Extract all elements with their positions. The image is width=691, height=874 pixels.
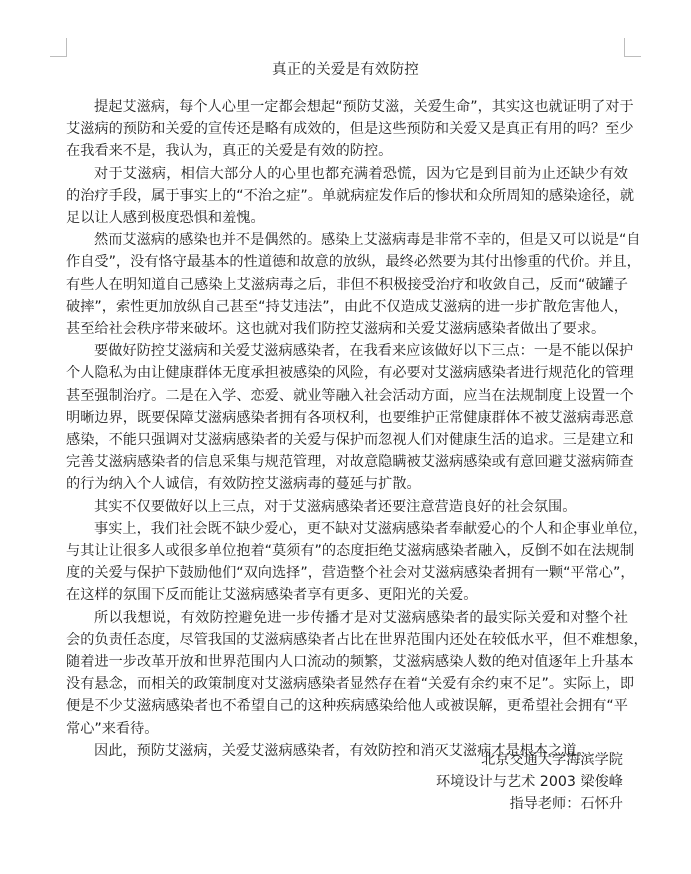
- text-line: 在我看来不是，我认为，真正的关爱是有效的防控。: [66, 140, 628, 162]
- text-line: 然而艾滋病的感染也并不是偶然的。感染上艾滋病毒是非常不幸的，但是又可以说是“自: [66, 229, 628, 251]
- paragraph: 其实不仅要做好以上三点，对于艾滋病感染者还要注意营造良好的社会氛围。: [66, 496, 628, 518]
- paragraph: 提起艾滋病，每个人心里一定都会想起“预防艾滋，关爱生命”，其实这也就证明了对于 …: [66, 96, 628, 163]
- text-line: 感染，不能只强调对艾滋病感染者的关爱与保护而忽视人们对健康生活的追求。三是建立和: [66, 429, 628, 451]
- text-line: 会的负责任态度，尽管我国的艾滋病感染者占比在世界范围内还处在较低水平，但不难想象…: [66, 629, 628, 651]
- document-body: 提起艾滋病，每个人心里一定都会想起“预防艾滋，关爱生命”，其实这也就证明了对于 …: [66, 96, 628, 762]
- page-corner-mark-top-left: [50, 38, 67, 57]
- text-line: 随着进一步改革开放和世界范围内人口流动的频繁，艾滋病感染人数的绝对值逐年上升基本: [66, 651, 628, 673]
- paragraph: 所以我想说，有效防控避免进一步传播才是对艾滋病感染者的最实际关爱和对整个社 会的…: [66, 607, 628, 740]
- document-title: 真正的关爱是有效防控: [0, 58, 691, 79]
- text-line: 明晰边界，既要保障艾滋病感染者拥有各项权利，也要维护正常健康群体不被艾滋病毒恶意: [66, 407, 628, 429]
- text-line: 个人隐私为由让健康群体无度承担被感染的风险，有必要对艾滋病感染者进行规范化的管理: [66, 362, 628, 384]
- text-line: 在这样的氛围下反而能让艾滋病感染者享有更多、更阳光的关爱。: [66, 584, 628, 606]
- text-line: 度的关爱与保护下鼓励他们“双向选择”，营造整个社会对艾滋病感染者拥有一颗“平常心…: [66, 562, 628, 584]
- text-line: 事实上，我们社会既不缺少爱心，更不缺对艾滋病感染者奉献爱心的个人和企事业单位，: [66, 518, 628, 540]
- text-line: 甚至强制治疗。二是在入学、恋爱、就业等融入社会活动方面，应当在法规制度上设置一个: [66, 385, 628, 407]
- text-line: 其实不仅要做好以上三点，对于艾滋病感染者还要注意营造良好的社会氛围。: [66, 496, 628, 518]
- text-line: 艾滋病的预防和关爱的宣传还是略有成效的，但是这些预防和关爱又是真正有用的吗？至少: [66, 118, 628, 140]
- text-line: 甚至给社会秩序带来破坏。这也就对我们防控艾滋病和关爱艾滋病感染者做出了要求。: [66, 318, 628, 340]
- text-line: 要做好防控艾滋病和关爱艾滋病感染者，在我看来应该做好以下三点：一是不能以保护: [66, 340, 628, 362]
- text-line: 没有悬念，而相关的政策制度对艾滋病感染者显然存在着“关爱有余约束不足”。实际上，…: [66, 673, 628, 695]
- text-line: 与其让让很多人或很多单位抱着“莫须有”的态度拒绝艾滋病感染者融入，反倒不如在法规…: [66, 540, 628, 562]
- text-line: 便是不少艾滋病感染者也不希望自己的这种疾病感染给他人或被误解，更希望社会拥有“平: [66, 695, 628, 717]
- text-line: 所以我想说，有效防控避免进一步传播才是对艾滋病感染者的最实际关爱和对整个社: [66, 607, 628, 629]
- text-line: 完善艾滋病感染者的信息采集与规范管理，对故意隐瞒被艾滋病感染或有意回避艾滋病筛查: [66, 451, 628, 473]
- page-corner-mark-top-right: [624, 38, 641, 57]
- text-line: 的行为纳入个人诚信，有效防控艾滋病毒的蔓延与扩散。: [66, 473, 628, 495]
- text-line: 提起艾滋病，每个人心里一定都会想起“预防艾滋，关爱生命”，其实这也就证明了对于: [66, 96, 628, 118]
- paragraph: 然而艾滋病的感染也并不是偶然的。感染上艾滋病毒是非常不幸的，但是又可以说是“自 …: [66, 229, 628, 340]
- text-line: 作自受”，没有恪守最基本的性道德和故意的放纵，最终必然要为其付出惨重的代价。并且…: [66, 251, 628, 273]
- text-line: 有些人在明知道自己感染上艾滋病毒之后，非但不积极接受治疗和收敛自己，反而“破罐子: [66, 274, 628, 296]
- text-line: 对于艾滋病，相信大部分人的心里也都充满着恐慌，因为它是到目前为止还缺少有效: [66, 163, 628, 185]
- text-line: 破摔”，索性更加放纵自己甚至“持艾违法”，由此不仅造成艾滋病的进一步扩散危害他人…: [66, 296, 628, 318]
- text-line: 足以让人感到极度恐惧和羞愧。: [66, 207, 628, 229]
- paragraph: 对于艾滋病，相信大部分人的心里也都充满着恐慌，因为它是到目前为止还缺少有效 的治…: [66, 163, 628, 230]
- paragraph: 要做好防控艾滋病和关爱艾滋病感染者，在我看来应该做好以下三点：一是不能以保护 个…: [66, 340, 628, 495]
- paragraph: 事实上，我们社会既不缺少爱心，更不缺对艾滋病感染者奉献爱心的个人和企事业单位， …: [66, 518, 628, 607]
- signature-advisor: 指导老师：石怀升: [436, 793, 623, 815]
- signature-block: 北京交通大学海滨学院 环境设计与艺术 2003 梁俊峰 指导老师：石怀升: [436, 749, 623, 816]
- signature-class-author: 环境设计与艺术 2003 梁俊峰: [436, 771, 623, 793]
- text-line: 常心”来看待。: [66, 718, 628, 740]
- text-line: 的治疗手段，属于事实上的“不治之症”。单就病症发作后的惨状和众所周知的感染途径，…: [66, 185, 628, 207]
- signature-school: 北京交通大学海滨学院: [436, 749, 623, 771]
